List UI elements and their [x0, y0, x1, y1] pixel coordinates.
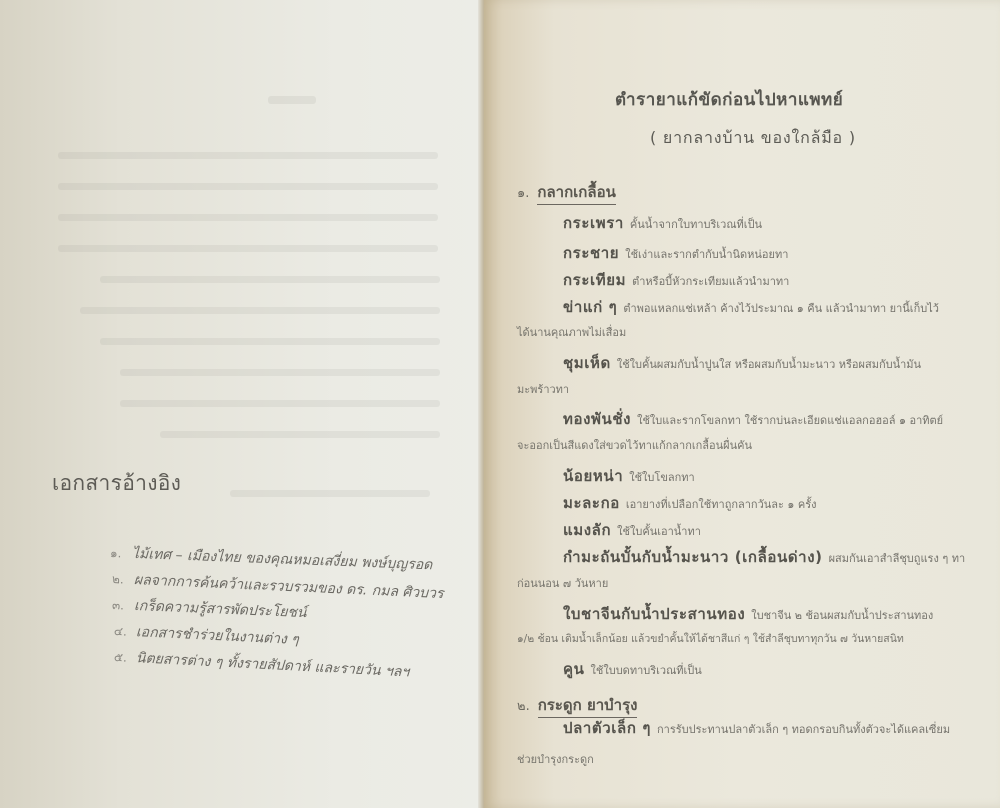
remedy-term: มะละกอ: [563, 494, 620, 512]
bleed-through-title: [268, 96, 316, 104]
remedy-text: ใช้ใบและรากโขลกทา ใช้รากบ่นละเอียดแช่แอล…: [637, 414, 943, 427]
remedy-text: ตำพอแหลกแช่เหล้า ค้างไว้ประมาณ ๑ คืน แล้…: [623, 302, 939, 315]
bleed-through-line: [100, 276, 440, 283]
remedy-entry: ปลาตัวเล็ก ๆการรับประทานปลาตัวเล็ก ๆ ทอด…: [563, 716, 950, 740]
bleed-through-line: [120, 400, 440, 407]
right-page: [482, 0, 1000, 808]
remedy-entry: มะละกอเอายางที่เปลือกใช้ทาถูกลากวันละ ๑ …: [563, 491, 817, 515]
remedy-text: เอายางที่เปลือกใช้ทาถูกลากวันละ ๑ ครั้ง: [626, 498, 817, 511]
remedy-text: ใช้ใบคั้นผสมกับน้ำปูนใส หรือผสมกับน้ำมะน…: [617, 358, 921, 371]
remedy-text: ผสมกันเอาสำลีชุบถูแรง ๆ ทา: [829, 552, 966, 565]
remedy-term: ทองพันชั่ง: [563, 410, 631, 428]
reference-number: ๓.: [111, 592, 134, 619]
remedy-entry: กำมะถันบั้นกับน้ำมะนาว (เกลื้อนด่าง)ผสมก…: [563, 545, 965, 569]
remedy-term: คูน: [563, 660, 585, 678]
section-number: ๑.: [517, 186, 529, 201]
remedy-continuation: จะออกเป็นสีแดงใส่ขวดไว้ทาแก้กลากเกลื้อนผ…: [517, 436, 752, 454]
bleed-through-line: [58, 152, 438, 159]
remedy-entry: ข่าแก่ ๆตำพอแหลกแช่เหล้า ค้างไว้ประมาณ ๑…: [563, 295, 939, 319]
reference-number: ๔.: [113, 618, 136, 645]
remedy-continuation: ช่วยบำรุงกระดูก: [517, 750, 594, 768]
section-label: กลากเกลื้อน: [537, 183, 615, 205]
remedy-entry: กระเพราคั้นน้ำจากใบทาบริเวณที่เป็น: [563, 211, 762, 235]
remedy-entry: ชุมเห็ดใช้ใบคั้นผสมกับน้ำปูนใส หรือผสมกั…: [563, 351, 921, 375]
remedy-text: ใบชาจีน ๒ ช้อนผสมกับน้ำประสานทอง: [751, 609, 933, 622]
bleed-through-line: [58, 183, 438, 190]
remedy-text: ใช้ใบโขลกทา: [629, 471, 694, 484]
section-heading-bones: ๒.กระดูก ยาบำรุง: [517, 693, 637, 717]
section-label: กระดูก ยาบำรุง: [538, 696, 638, 718]
page-title: ตำรายาแก้ขัดก่อนไปหาแพทย์: [615, 86, 843, 113]
remedy-entry: กระเทียมตำหรือบี้หัวกระเทียมแล้วนำมาทา: [563, 268, 789, 292]
remedy-term: ชุมเห็ด: [563, 354, 611, 372]
remedy-continuation: ก่อนนอน ๗ วันหาย: [517, 574, 608, 592]
left-page: เอกสารอ้างอิง ๑.ไม้เทศ – เมืองไทย ของคุณ…: [0, 0, 482, 808]
book-gutter: [478, 0, 484, 808]
remedy-entry: แมงลักใช้ใบคั้นเอาน้ำทา: [563, 518, 701, 542]
remedy-term: ข่าแก่ ๆ: [563, 298, 617, 316]
bleed-through-line: [100, 338, 440, 345]
section-heading-ringworm: ๑.กลากเกลื้อน: [517, 180, 616, 204]
remedy-term: กระเทียม: [563, 271, 626, 289]
bleed-through-line: [120, 369, 440, 376]
remedy-text: การรับประทานปลาตัวเล็ก ๆ ทอดกรอบกินทั้งต…: [657, 723, 950, 736]
remedy-text: ใช้ใบบดทาบริเวณที่เป็น: [591, 664, 702, 677]
remedy-entry: คูนใช้ใบบดทาบริเวณที่เป็น: [563, 657, 702, 681]
remedy-entry: น้อยหน่าใช้ใบโขลกทา: [563, 464, 695, 488]
bleed-through-line: [58, 214, 438, 221]
remedy-term: น้อยหน่า: [563, 467, 623, 485]
remedy-term: กระเพรา: [563, 214, 624, 232]
bleed-through-line: [230, 490, 430, 497]
remedy-entry: กระชายใช้เง่าและรากตำกับน้ำนิดหน่อยทา: [563, 241, 788, 265]
remedy-continuation: ๑/๒ ช้อน เติมน้ำเล็กน้อย แล้วขยำคั้นให้ไ…: [517, 630, 904, 647]
remedy-term: แมงลัก: [563, 521, 611, 539]
reference-number: ๒.: [111, 566, 134, 593]
remedy-text: ใช้เง่าและรากตำกับน้ำนิดหน่อยทา: [625, 248, 788, 261]
bleed-through-line: [80, 307, 440, 314]
reference-text: เอกสารชำร่วยในงานต่าง ๆ: [136, 624, 300, 648]
remedy-term: กำมะถันบั้นกับน้ำมะนาว (เกลื้อนด่าง): [563, 548, 823, 566]
page-subtitle: ( ยากลางบ้าน ของใกล้มือ ): [650, 126, 856, 151]
remedy-entry: ทองพันชั่งใช้ใบและรากโขลกทา ใช้รากบ่นละเ…: [563, 407, 943, 431]
remedy-continuation: ได้นานคุณภาพไม่เสื่อม: [517, 323, 626, 341]
remedy-term: ใบชาจีนกับน้ำประสานทอง: [563, 605, 745, 623]
reference-number: ๑.: [110, 540, 133, 567]
remedy-text: ใช้ใบคั้นเอาน้ำทา: [617, 525, 701, 538]
remedy-text: คั้นน้ำจากใบทาบริเวณที่เป็น: [630, 218, 762, 231]
section-number: ๒.: [517, 699, 530, 714]
remedy-term: ปลาตัวเล็ก ๆ: [563, 719, 651, 737]
remedy-continuation: มะพร้าวทา: [517, 380, 569, 398]
references-list: ๑.ไม้เทศ – เมืองไทย ของคุณหมอเสงี่ยม พงษ…: [110, 540, 444, 670]
bleed-through-line: [160, 431, 440, 438]
reference-number: ๕.: [113, 644, 136, 671]
remedy-entry: ใบชาจีนกับน้ำประสานทองใบชาจีน ๒ ช้อนผสมก…: [563, 602, 933, 626]
references-heading: เอกสารอ้างอิง: [52, 467, 181, 500]
remedy-text: ตำหรือบี้หัวกระเทียมแล้วนำมาทา: [632, 275, 789, 288]
remedy-term: กระชาย: [563, 244, 619, 262]
reference-text: เกร็ดความรู้สารพัดประโยชน์: [134, 598, 307, 621]
bleed-through-line: [58, 245, 438, 252]
